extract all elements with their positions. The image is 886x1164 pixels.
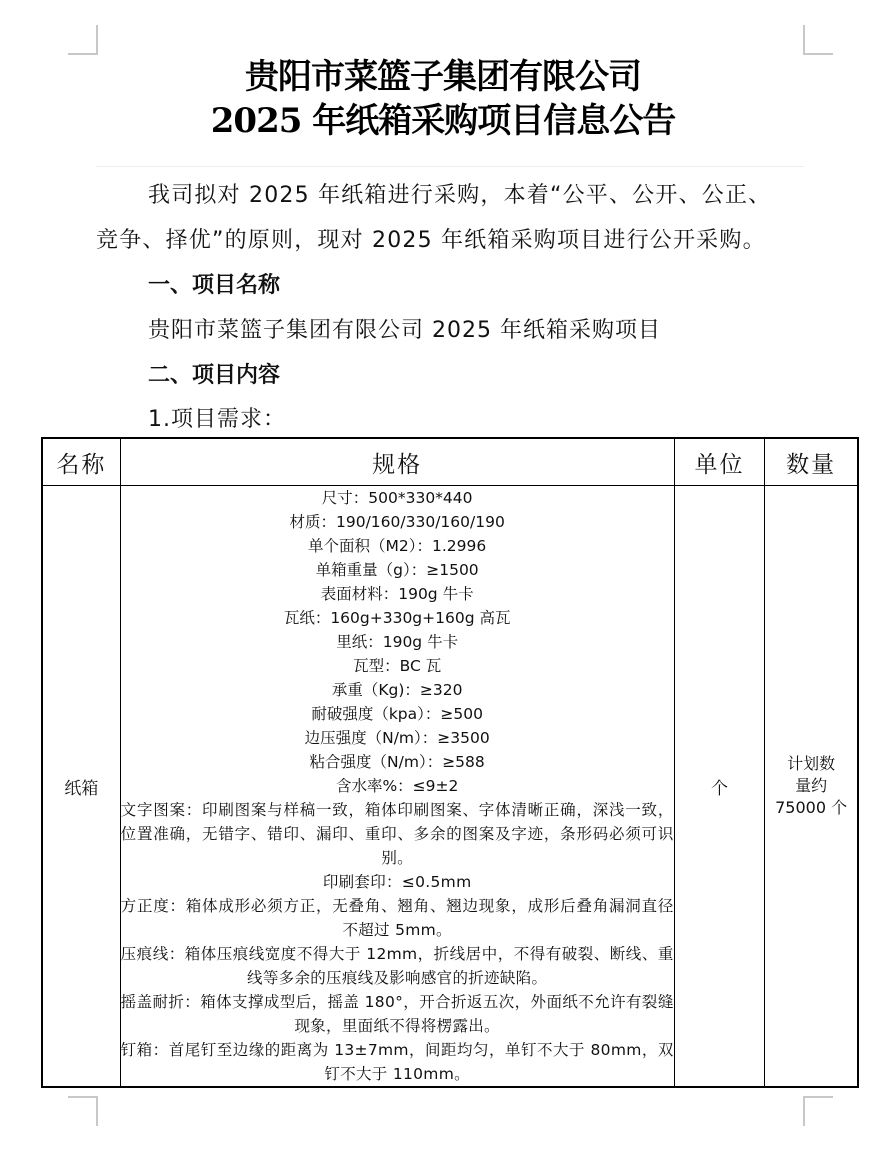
quantity-line3: 75000 个 bbox=[765, 797, 857, 819]
spec-edge-crush: 边压强度（N/m）：≥3500 bbox=[121, 726, 674, 750]
spec-surface-material: 表面材料：190g 牛卡 bbox=[121, 582, 674, 606]
spec-bond-strength: 粘合强度（N/m）：≥588 bbox=[121, 750, 674, 774]
quantity-line1: 计划数 bbox=[765, 753, 857, 775]
header-unit: 单位 bbox=[674, 438, 765, 486]
cell-specification: 尺寸：500*330*440 材质：190/160/330/160/190 单个… bbox=[120, 486, 674, 1088]
spec-stitching: 钉箱：首尾钉至边缘的距离为 13±7mm，间距均匀，单钉不大于 80mm，双钉不… bbox=[121, 1038, 674, 1086]
project-name-text: 贵阳市菜篮子集团有限公司 2025 年纸箱采购项目 bbox=[148, 318, 661, 344]
section1-heading: 一、项目名称 bbox=[148, 272, 280, 300]
intro-paragraph-line1: 我司拟对 2025 年纸箱进行采购，本着“公平、公开、公正、 bbox=[148, 183, 771, 209]
spec-moisture: 含水率%：≤9±2 bbox=[121, 774, 674, 798]
spec-material: 材质：190/160/330/160/190 bbox=[121, 510, 674, 534]
header-divider bbox=[96, 166, 804, 167]
cell-item-name: 纸箱 bbox=[42, 486, 120, 1088]
page-corner-mark-bottom-left bbox=[68, 1096, 98, 1126]
cell-unit: 个 bbox=[674, 486, 765, 1088]
spec-squareness: 方正度：箱体成形必须方正，无叠角、翘角、翘边现象，成形后叠角漏洞直径不超过 5m… bbox=[121, 894, 674, 942]
spec-flap-folding: 摇盖耐折：箱体支撑成型后，摇盖 180°，开合折返五次，外面纸不允许有裂缝现象，… bbox=[121, 990, 674, 1038]
requirements-table: 名称 规格 单位 数量 纸箱 尺寸：500*330*440 材质：190/160… bbox=[41, 437, 859, 1088]
spec-print-registration: 印刷套印：≤0.5mm bbox=[121, 870, 674, 894]
spec-liner-paper: 里纸：190g 牛卡 bbox=[121, 630, 674, 654]
page-corner-mark-top-right bbox=[803, 25, 833, 55]
page-corner-mark-top-left bbox=[68, 25, 98, 55]
cell-quantity: 计划数 量约 75000 个 bbox=[765, 486, 858, 1088]
table-header-row: 名称 规格 单位 数量 bbox=[42, 438, 858, 486]
header-name: 名称 bbox=[42, 438, 120, 486]
quantity-line2: 量约 bbox=[765, 775, 857, 797]
project-requirements-label: 1.项目需求： bbox=[148, 407, 286, 433]
spec-corrugated-paper: 瓦纸：160g+330g+160g 高瓦 bbox=[121, 606, 674, 630]
header-quantity: 数量 bbox=[765, 438, 858, 486]
page-corner-mark-bottom-right bbox=[803, 1096, 833, 1126]
spec-area: 单个面积（M2）：1.2996 bbox=[121, 534, 674, 558]
spec-weight: 单箱重量（g）：≥1500 bbox=[121, 558, 674, 582]
spec-crease-line: 压痕线：箱体压痕线宽度不得大于 12mm，折线居中，不得有破裂、断线、重线等多余… bbox=[121, 942, 674, 990]
document-title-line1: 贵阳市菜篮子集团有限公司 bbox=[0, 57, 886, 97]
spec-printing-pattern: 文字图案：印刷图案与样稿一致，箱体印刷图案、字体清晰正确，深浅一致，位置准确，无… bbox=[121, 798, 674, 870]
spec-load-bearing: 承重（Kg)：≥320 bbox=[121, 678, 674, 702]
section2-heading: 二、项目内容 bbox=[148, 362, 280, 390]
document-title-line2: 2025 年纸箱采购项目信息公告 bbox=[0, 101, 886, 141]
spec-flute-type: 瓦型：BC 瓦 bbox=[121, 654, 674, 678]
table-row: 纸箱 尺寸：500*330*440 材质：190/160/330/160/190… bbox=[42, 486, 858, 1088]
spec-size: 尺寸：500*330*440 bbox=[121, 486, 674, 510]
intro-paragraph-line2: 竞争、择优”的原则，现对 2025 年纸箱采购项目进行公开采购。 bbox=[96, 228, 766, 254]
spec-burst-strength: 耐破强度（kpa）：≥500 bbox=[121, 702, 674, 726]
header-spec: 规格 bbox=[120, 438, 674, 486]
